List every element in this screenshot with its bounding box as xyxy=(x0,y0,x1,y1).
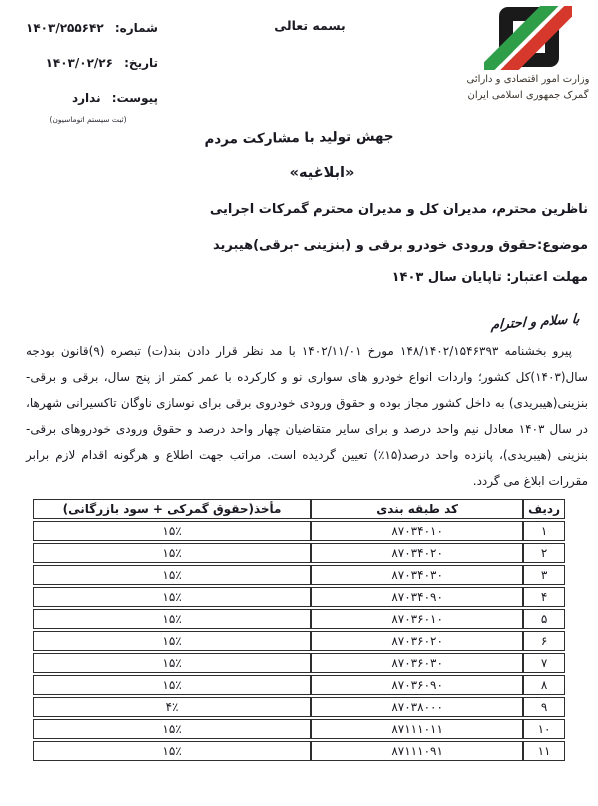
rate-cell: ۱۵٪ xyxy=(33,543,311,563)
letter-meta-block: شماره: ۱۴۰۳/۲۵۵۶۴۲ تاریخ: ۱۴۰۳/۰۲/۲۶ پیو… xyxy=(6,20,158,124)
rate-cell: ۱۵٪ xyxy=(33,565,311,585)
date-label: تاریخ: xyxy=(124,56,158,70)
rate-cell: ۱۵٪ xyxy=(33,741,311,761)
table-row: ۱۱ ۸۷۱۱۱۰۹۱ ۱۵٪ xyxy=(33,741,565,761)
rate-cell: ۱۵٪ xyxy=(33,675,311,695)
table-header-row: ردیف کد طبقه بندی مأخذ(حقوق گمرکی + سود … xyxy=(33,499,565,519)
letter-date-line: تاریخ: ۱۴۰۳/۰۲/۲۶ xyxy=(6,55,158,71)
table-row: ۱۰ ۸۷۱۱۱۰۱۱ ۱۵٪ xyxy=(33,719,565,739)
table-row: ۵ ۸۷۰۳۶۰۱۰ ۱۵٪ xyxy=(33,609,565,629)
row-index-cell: ۱۱ xyxy=(523,741,565,761)
table-row: ۱ ۸۷۰۳۴۰۱۰ ۱۵٪ xyxy=(33,521,565,541)
rate-cell: ۱۵٪ xyxy=(33,653,311,673)
table-row: ۷ ۸۷۰۳۶۰۳۰ ۱۵٪ xyxy=(33,653,565,673)
code-cell: ۸۷۰۳۴۰۱۰ xyxy=(311,521,523,541)
date-value: ۱۴۰۳/۰۲/۲۶ xyxy=(46,56,113,70)
code-cell: ۸۷۱۱۱۰۹۱ xyxy=(311,741,523,761)
row-index-cell: ۶ xyxy=(523,631,565,651)
table-row: ۸ ۸۷۰۳۶۰۹۰ ۱۵٪ xyxy=(33,675,565,695)
customs-name: گمرک جمهوری اسلامی ایران xyxy=(466,88,590,104)
notice-heading: «ابلاغیه» xyxy=(46,165,598,181)
tariff-table: ردیف کد طبقه بندی مأخذ(حقوق گمرکی + سود … xyxy=(33,497,565,763)
code-cell: ۸۷۰۳۶۰۱۰ xyxy=(311,609,523,629)
attachment-line: پیوست: ندارد xyxy=(6,90,158,106)
ministry-name: وزارت امور اقتصادی و دارائی xyxy=(466,72,590,88)
letter-body-paragraph: پیرو بخشنامه ۱۴۸/۱۴۰۲/۱۵۴۶۳۹۳ مورخ ۱۴۰۲/… xyxy=(26,338,588,494)
table-row: ۶ ۸۷۰۳۶۰۲۰ ۱۵٪ xyxy=(33,631,565,651)
code-cell: ۸۷۰۳۶۰۳۰ xyxy=(311,653,523,673)
year-slogan: جهش تولید با مشارکت مردم xyxy=(0,125,598,151)
code-cell: ۸۷۰۳۴۰۲۰ xyxy=(311,543,523,563)
row-index-cell: ۱ xyxy=(523,521,565,541)
table-row: ۹ ۸۷۰۳۸۰۰۰ ۴٪ xyxy=(33,697,565,717)
attachment-label: پیوست: xyxy=(112,91,158,105)
row-index-cell: ۸ xyxy=(523,675,565,695)
validity-line: مهلت اعتبار: تاپایان سال ۱۴۰۳ xyxy=(392,270,588,285)
row-index-cell: ۱۰ xyxy=(523,719,565,739)
code-cell: ۸۷۰۳۶۰۹۰ xyxy=(311,675,523,695)
rate-cell: ۱۵٪ xyxy=(33,631,311,651)
rate-cell: ۱۵٪ xyxy=(33,609,311,629)
header-row-number: ردیف xyxy=(523,499,565,519)
table-row: ۴ ۸۷۰۳۴۰۹۰ ۱۵٪ xyxy=(33,587,565,607)
header-duty-rate: مأخذ(حقوق گمرکی + سود بازرگانی) xyxy=(33,499,311,519)
rate-cell: ۱۵٪ xyxy=(33,587,311,607)
row-index-cell: ۹ xyxy=(523,697,565,717)
header-classification-code: کد طبقه بندی xyxy=(311,499,523,519)
table-row: ۳ ۸۷۰۳۴۰۳۰ ۱۵٪ xyxy=(33,565,565,585)
subject-line: موضوع:حقوق ورودی خودرو برقی و (بنزینی -ب… xyxy=(213,238,588,253)
code-cell: ۸۷۰۳۸۰۰۰ xyxy=(311,697,523,717)
code-cell: ۸۷۰۳۴۰۳۰ xyxy=(311,565,523,585)
rate-cell: ۱۵٪ xyxy=(33,521,311,541)
addressee-line: ناظرین محترم، مدیران کل و مدیران محترم گ… xyxy=(210,202,588,217)
scanned-letter-page: شماره: ۱۴۰۳/۲۵۵۶۴۲ تاریخ: ۱۴۰۳/۰۲/۲۶ پیو… xyxy=(0,0,598,806)
row-index-cell: ۷ xyxy=(523,653,565,673)
rate-cell: ۴٪ xyxy=(33,697,311,717)
row-index-cell: ۴ xyxy=(523,587,565,607)
code-cell: ۸۷۰۳۶۰۲۰ xyxy=(311,631,523,651)
row-index-cell: ۵ xyxy=(523,609,565,629)
rate-cell: ۱۵٪ xyxy=(33,719,311,739)
code-cell: ۸۷۰۳۴۰۹۰ xyxy=(311,587,523,607)
attachment-value: ندارد xyxy=(72,91,101,105)
row-index-cell: ۳ xyxy=(523,565,565,585)
handwritten-salutation: با سلام و احترام xyxy=(491,312,580,333)
table-row: ۲ ۸۷۰۳۴۰۲۰ ۱۵٪ xyxy=(33,543,565,563)
code-cell: ۸۷۱۱۱۰۱۱ xyxy=(311,719,523,739)
automation-note: (ثبت سیستم اتوماسیون) xyxy=(18,115,158,124)
row-index-cell: ۲ xyxy=(523,543,565,563)
customs-letterhead: وزارت امور اقتصادی و دارائی گمرک جمهوری … xyxy=(466,6,590,104)
irica-customs-logo-icon xyxy=(484,6,572,70)
